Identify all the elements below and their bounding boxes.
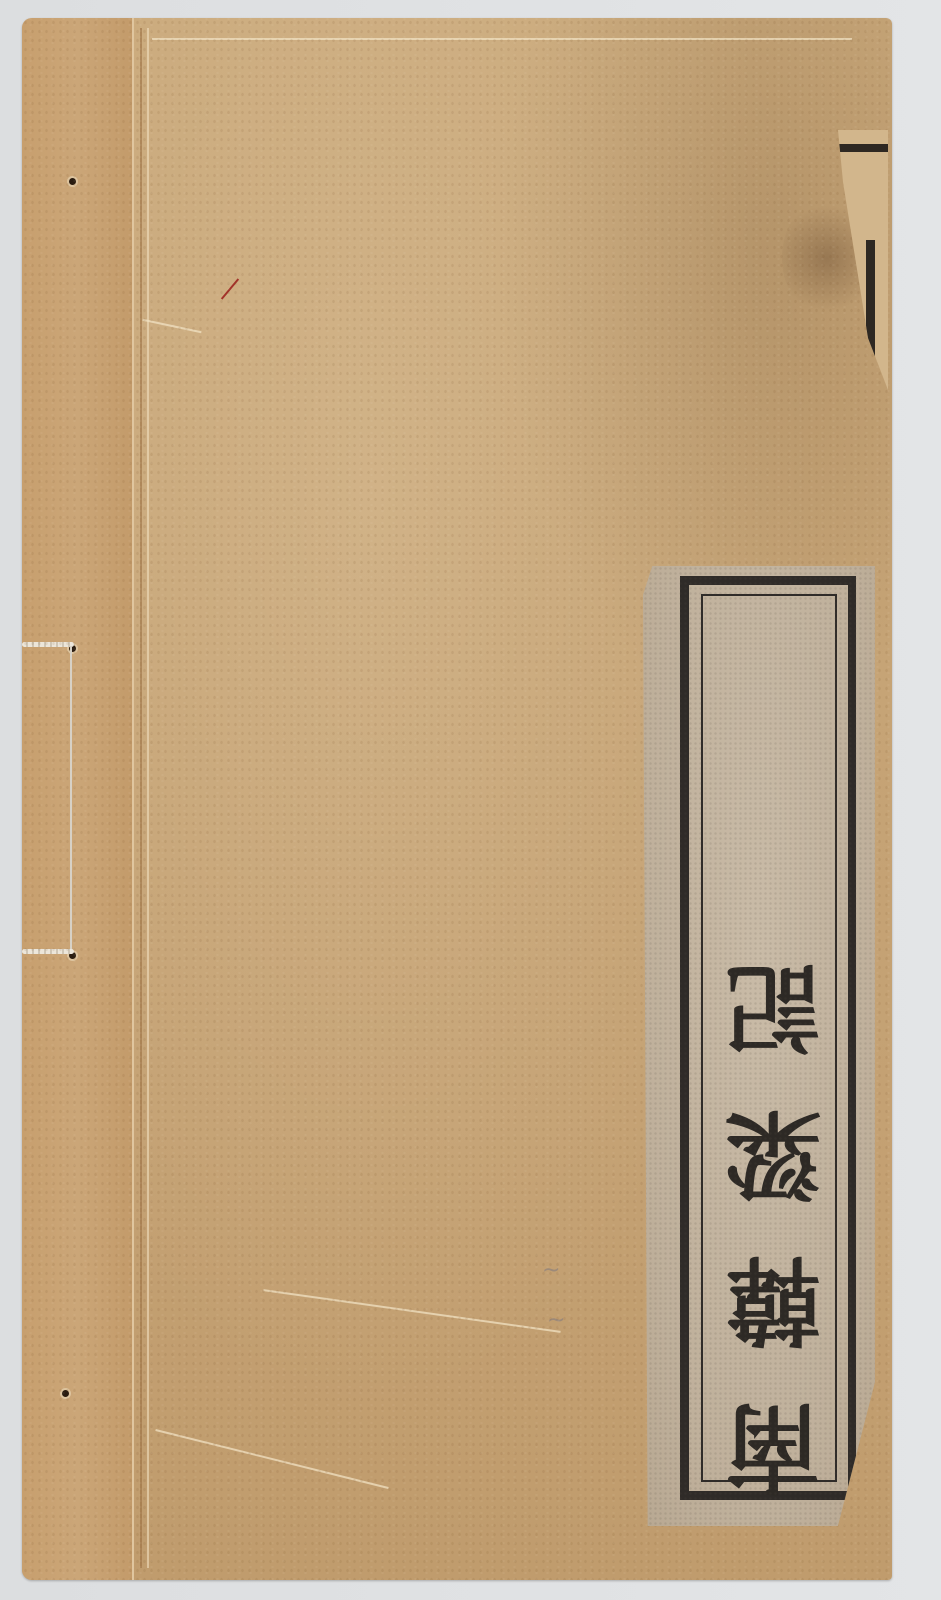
cover-fold-line xyxy=(140,28,142,1568)
title-character: 粱 xyxy=(725,1093,821,1213)
cover-fold-highlight xyxy=(147,28,149,1568)
paper-tear xyxy=(155,1429,388,1489)
title-slip-inner-frame xyxy=(701,594,837,1482)
stitch-hole xyxy=(62,1390,69,1397)
inner-page-frame-line xyxy=(838,144,888,152)
binding-thread xyxy=(22,642,74,647)
binding-thread xyxy=(22,949,74,954)
title-character: 韓 xyxy=(725,1239,821,1359)
title-slip-outer-frame xyxy=(680,576,856,1500)
red-ink-mark xyxy=(221,278,239,299)
paper-tear xyxy=(142,319,201,333)
pencil-mark: ~ xyxy=(547,1308,565,1333)
title-character: 記 xyxy=(725,946,821,1066)
book-title: 記 粱 韓 南 xyxy=(713,946,833,1506)
title-character: 南 xyxy=(725,1386,821,1506)
top-edge-wear xyxy=(152,38,852,40)
book-spine-flap xyxy=(22,18,134,1580)
stitch-hole xyxy=(69,178,76,185)
title-slip: 記 粱 韓 南 xyxy=(643,566,875,1526)
paper-tear xyxy=(263,1289,560,1333)
binding-thread-vertical xyxy=(70,646,72,954)
pencil-mark: ~ xyxy=(542,1258,560,1283)
